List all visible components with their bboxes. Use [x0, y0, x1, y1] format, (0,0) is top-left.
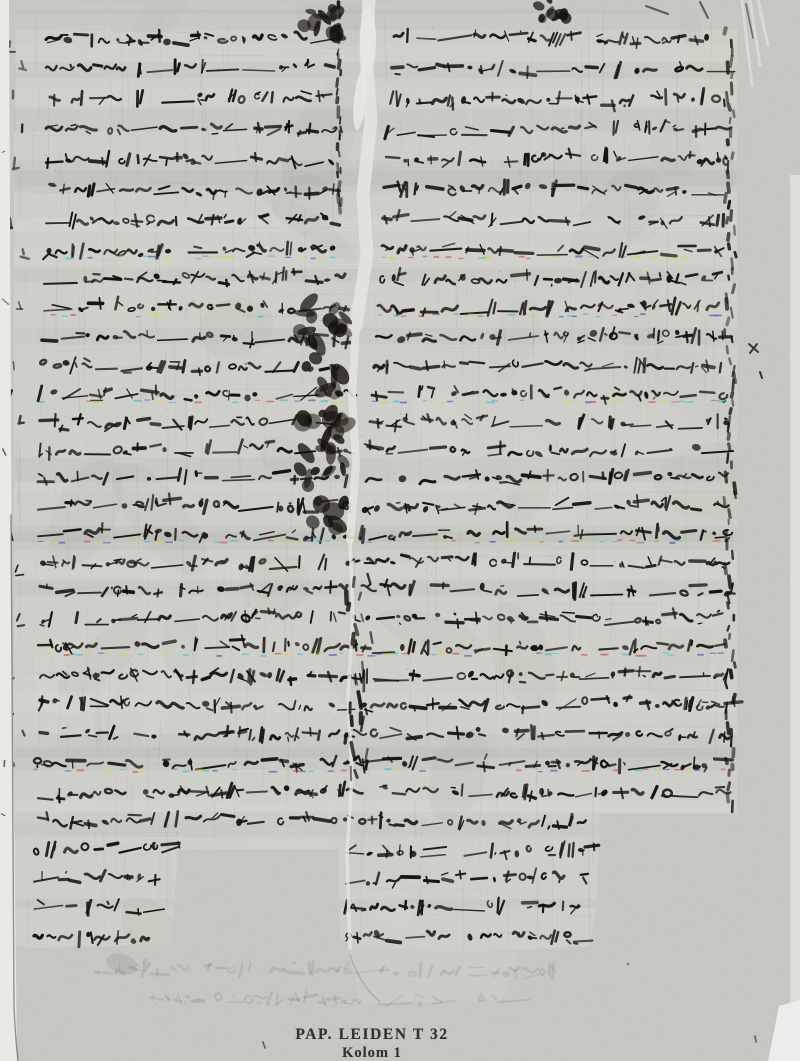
papyrus-plate-photo: PAP. LEIDEN T 32 Kolom 1: [0, 0, 800, 1061]
caption-title: PAP. LEIDEN T 32: [295, 1026, 448, 1044]
caption-subtitle: Kolom 1: [295, 1045, 448, 1061]
plate-caption: PAP. LEIDEN T 32 Kolom 1: [295, 1026, 448, 1061]
papyrus-image: [0, 0, 800, 1061]
